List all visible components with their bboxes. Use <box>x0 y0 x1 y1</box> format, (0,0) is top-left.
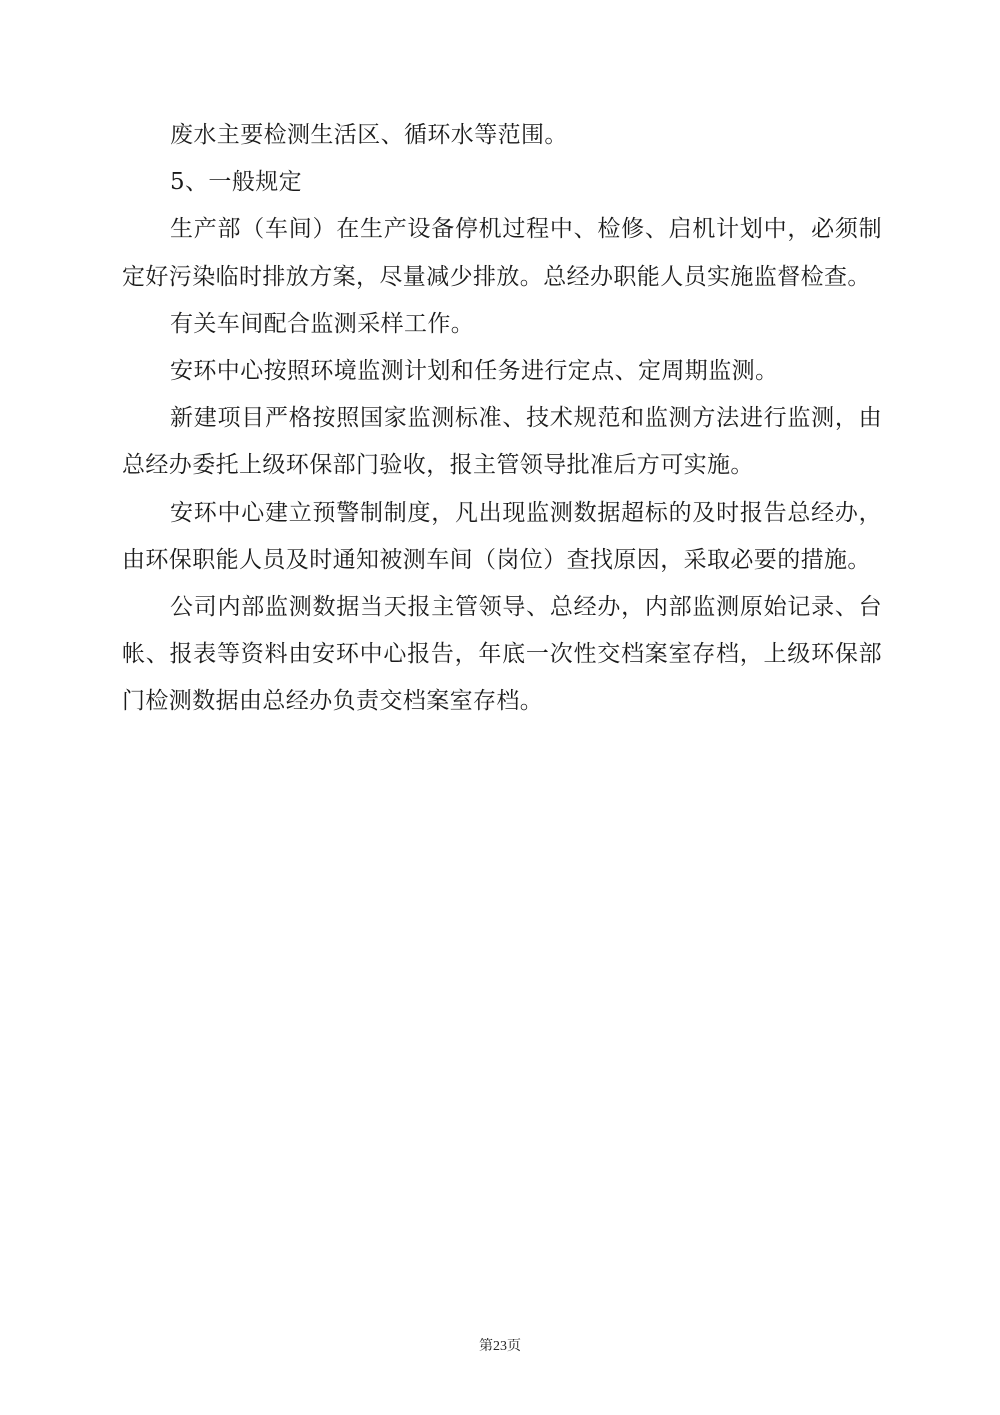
document-body: 废水主要检测生活区、循环水等范围。 5、一般规定 生产部（车间）在生产设备停机过… <box>122 112 882 726</box>
page-number: 第23页 <box>0 1335 1000 1355</box>
paragraph-production-dept: 生产部（车间）在生产设备停机过程中、检修、启机计划中，必须制定好污染临时排放方案… <box>122 206 882 300</box>
paragraph-monitoring-plan: 安环中心按照环境监测计划和任务进行定点、定周期监测。 <box>122 348 882 395</box>
paragraph-wastewater-scope: 废水主要检测生活区、循环水等范围。 <box>122 112 882 159</box>
section-heading-general-rules: 5、一般规定 <box>122 159 882 206</box>
paragraph-workshop-cooperation: 有关车间配合监测采样工作。 <box>122 301 882 348</box>
paragraph-early-warning: 安环中心建立预警制制度，凡出现监测数据超标的及时报告总经办，由环保职能人员及时通… <box>122 490 882 584</box>
paragraph-data-archiving: 公司内部监测数据当天报主管领导、总经办，内部监测原始记录、台帐、报表等资料由安环… <box>122 584 882 726</box>
paragraph-new-projects: 新建项目严格按照国家监测标准、技术规范和监测方法进行监测，由总经办委托上级环保部… <box>122 395 882 489</box>
